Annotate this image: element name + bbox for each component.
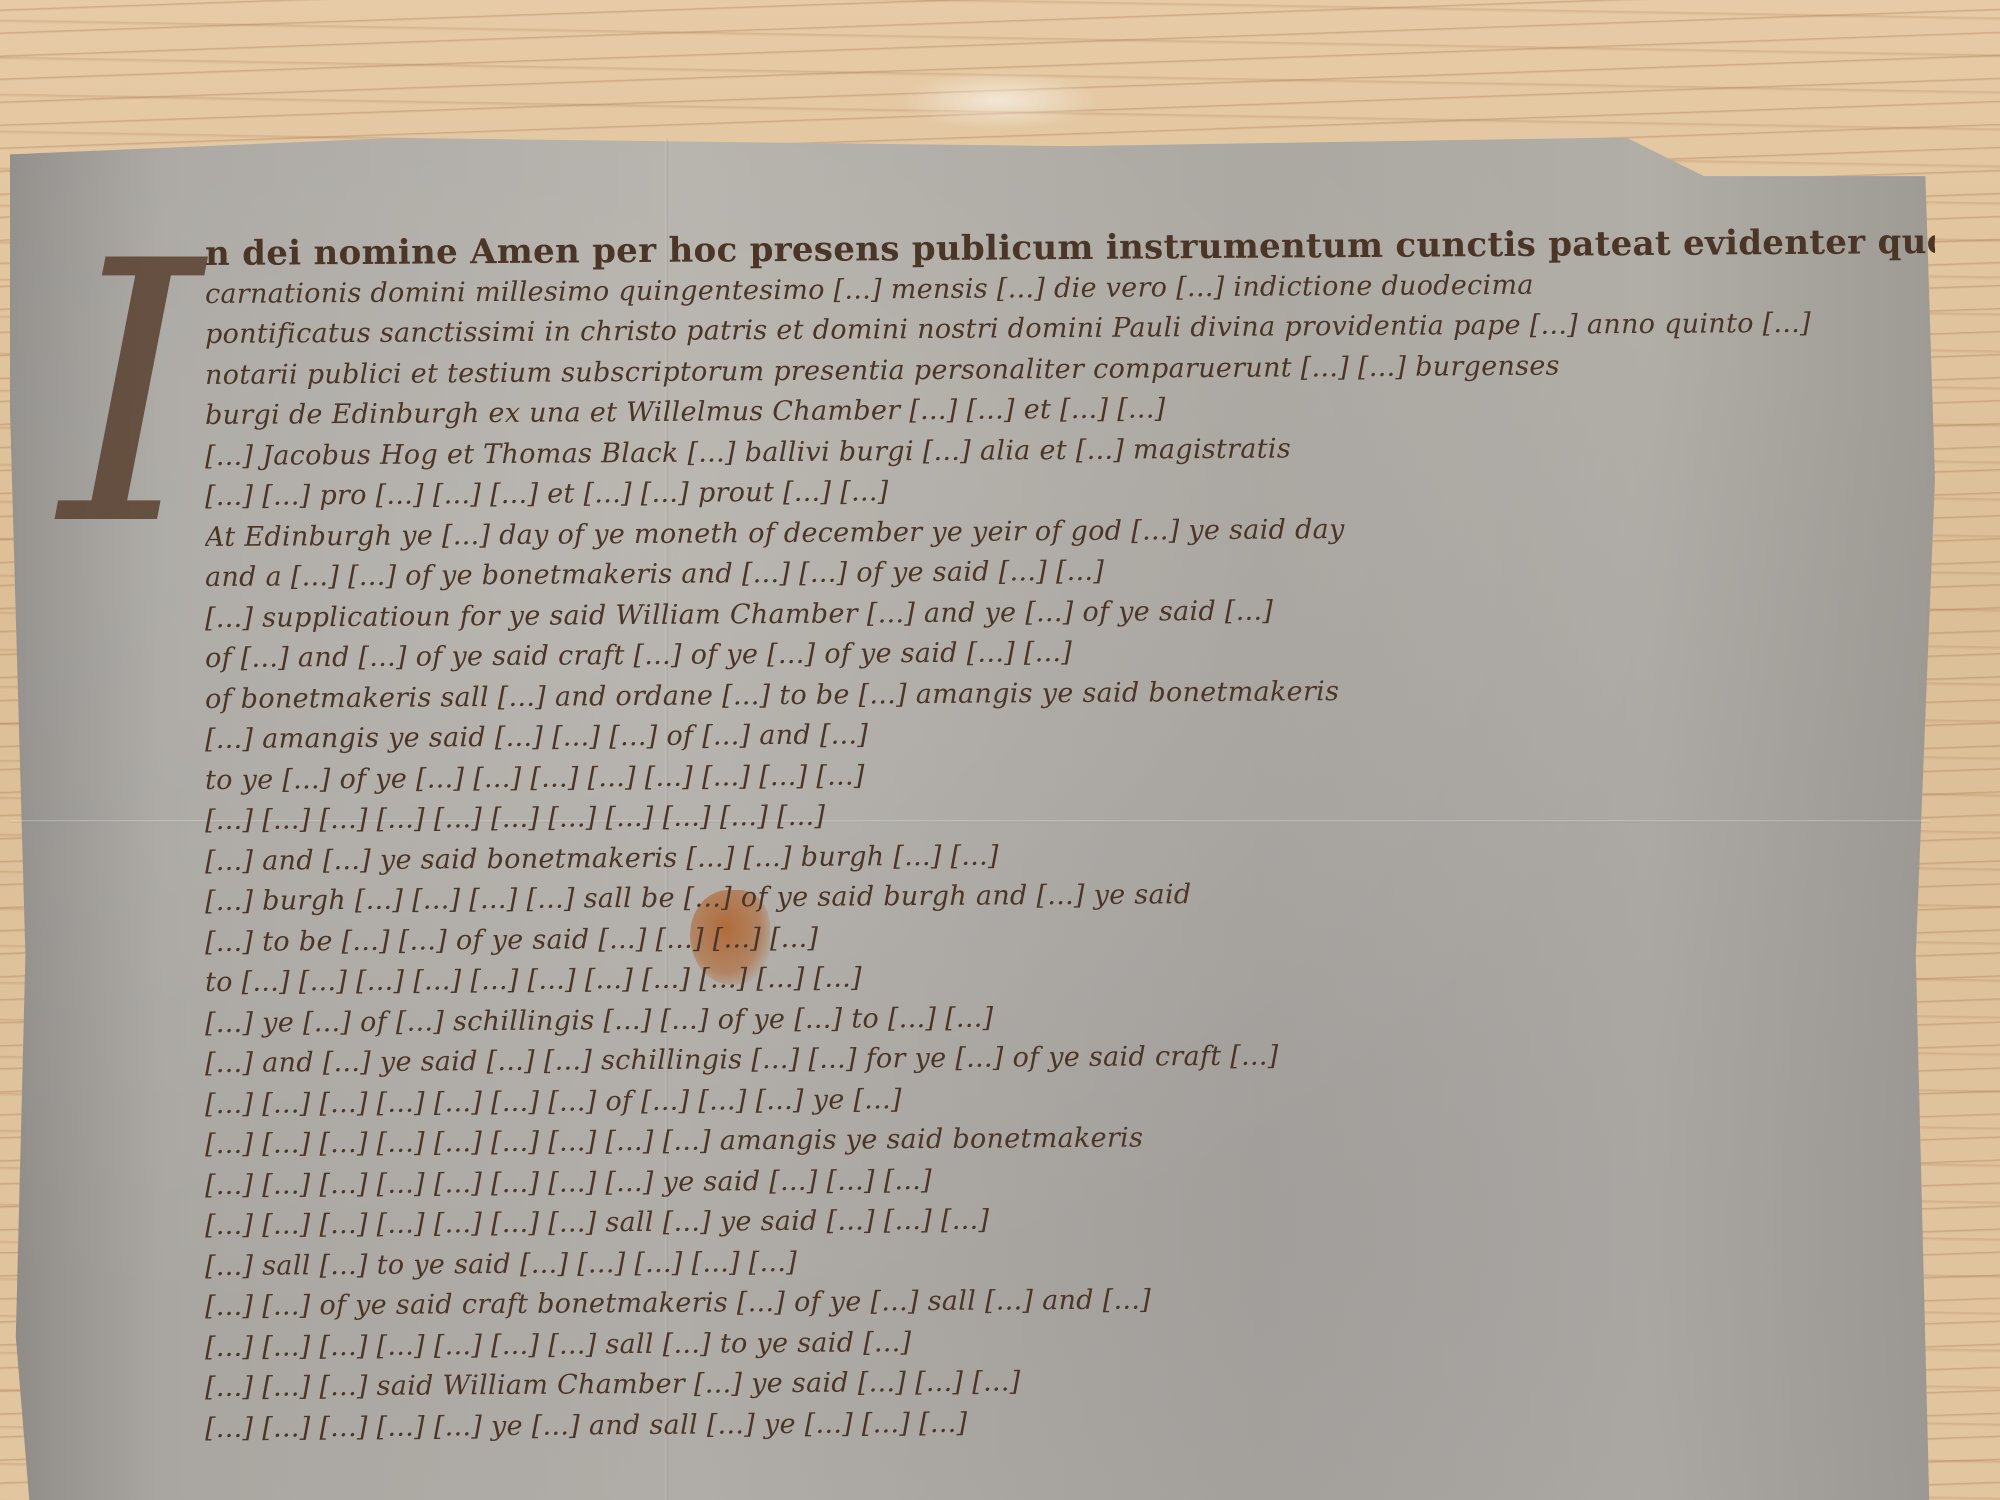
manuscript-text: n dei nomine Amen per hoc presens public…: [205, 228, 1935, 1443]
glass-glare: [900, 70, 1100, 130]
